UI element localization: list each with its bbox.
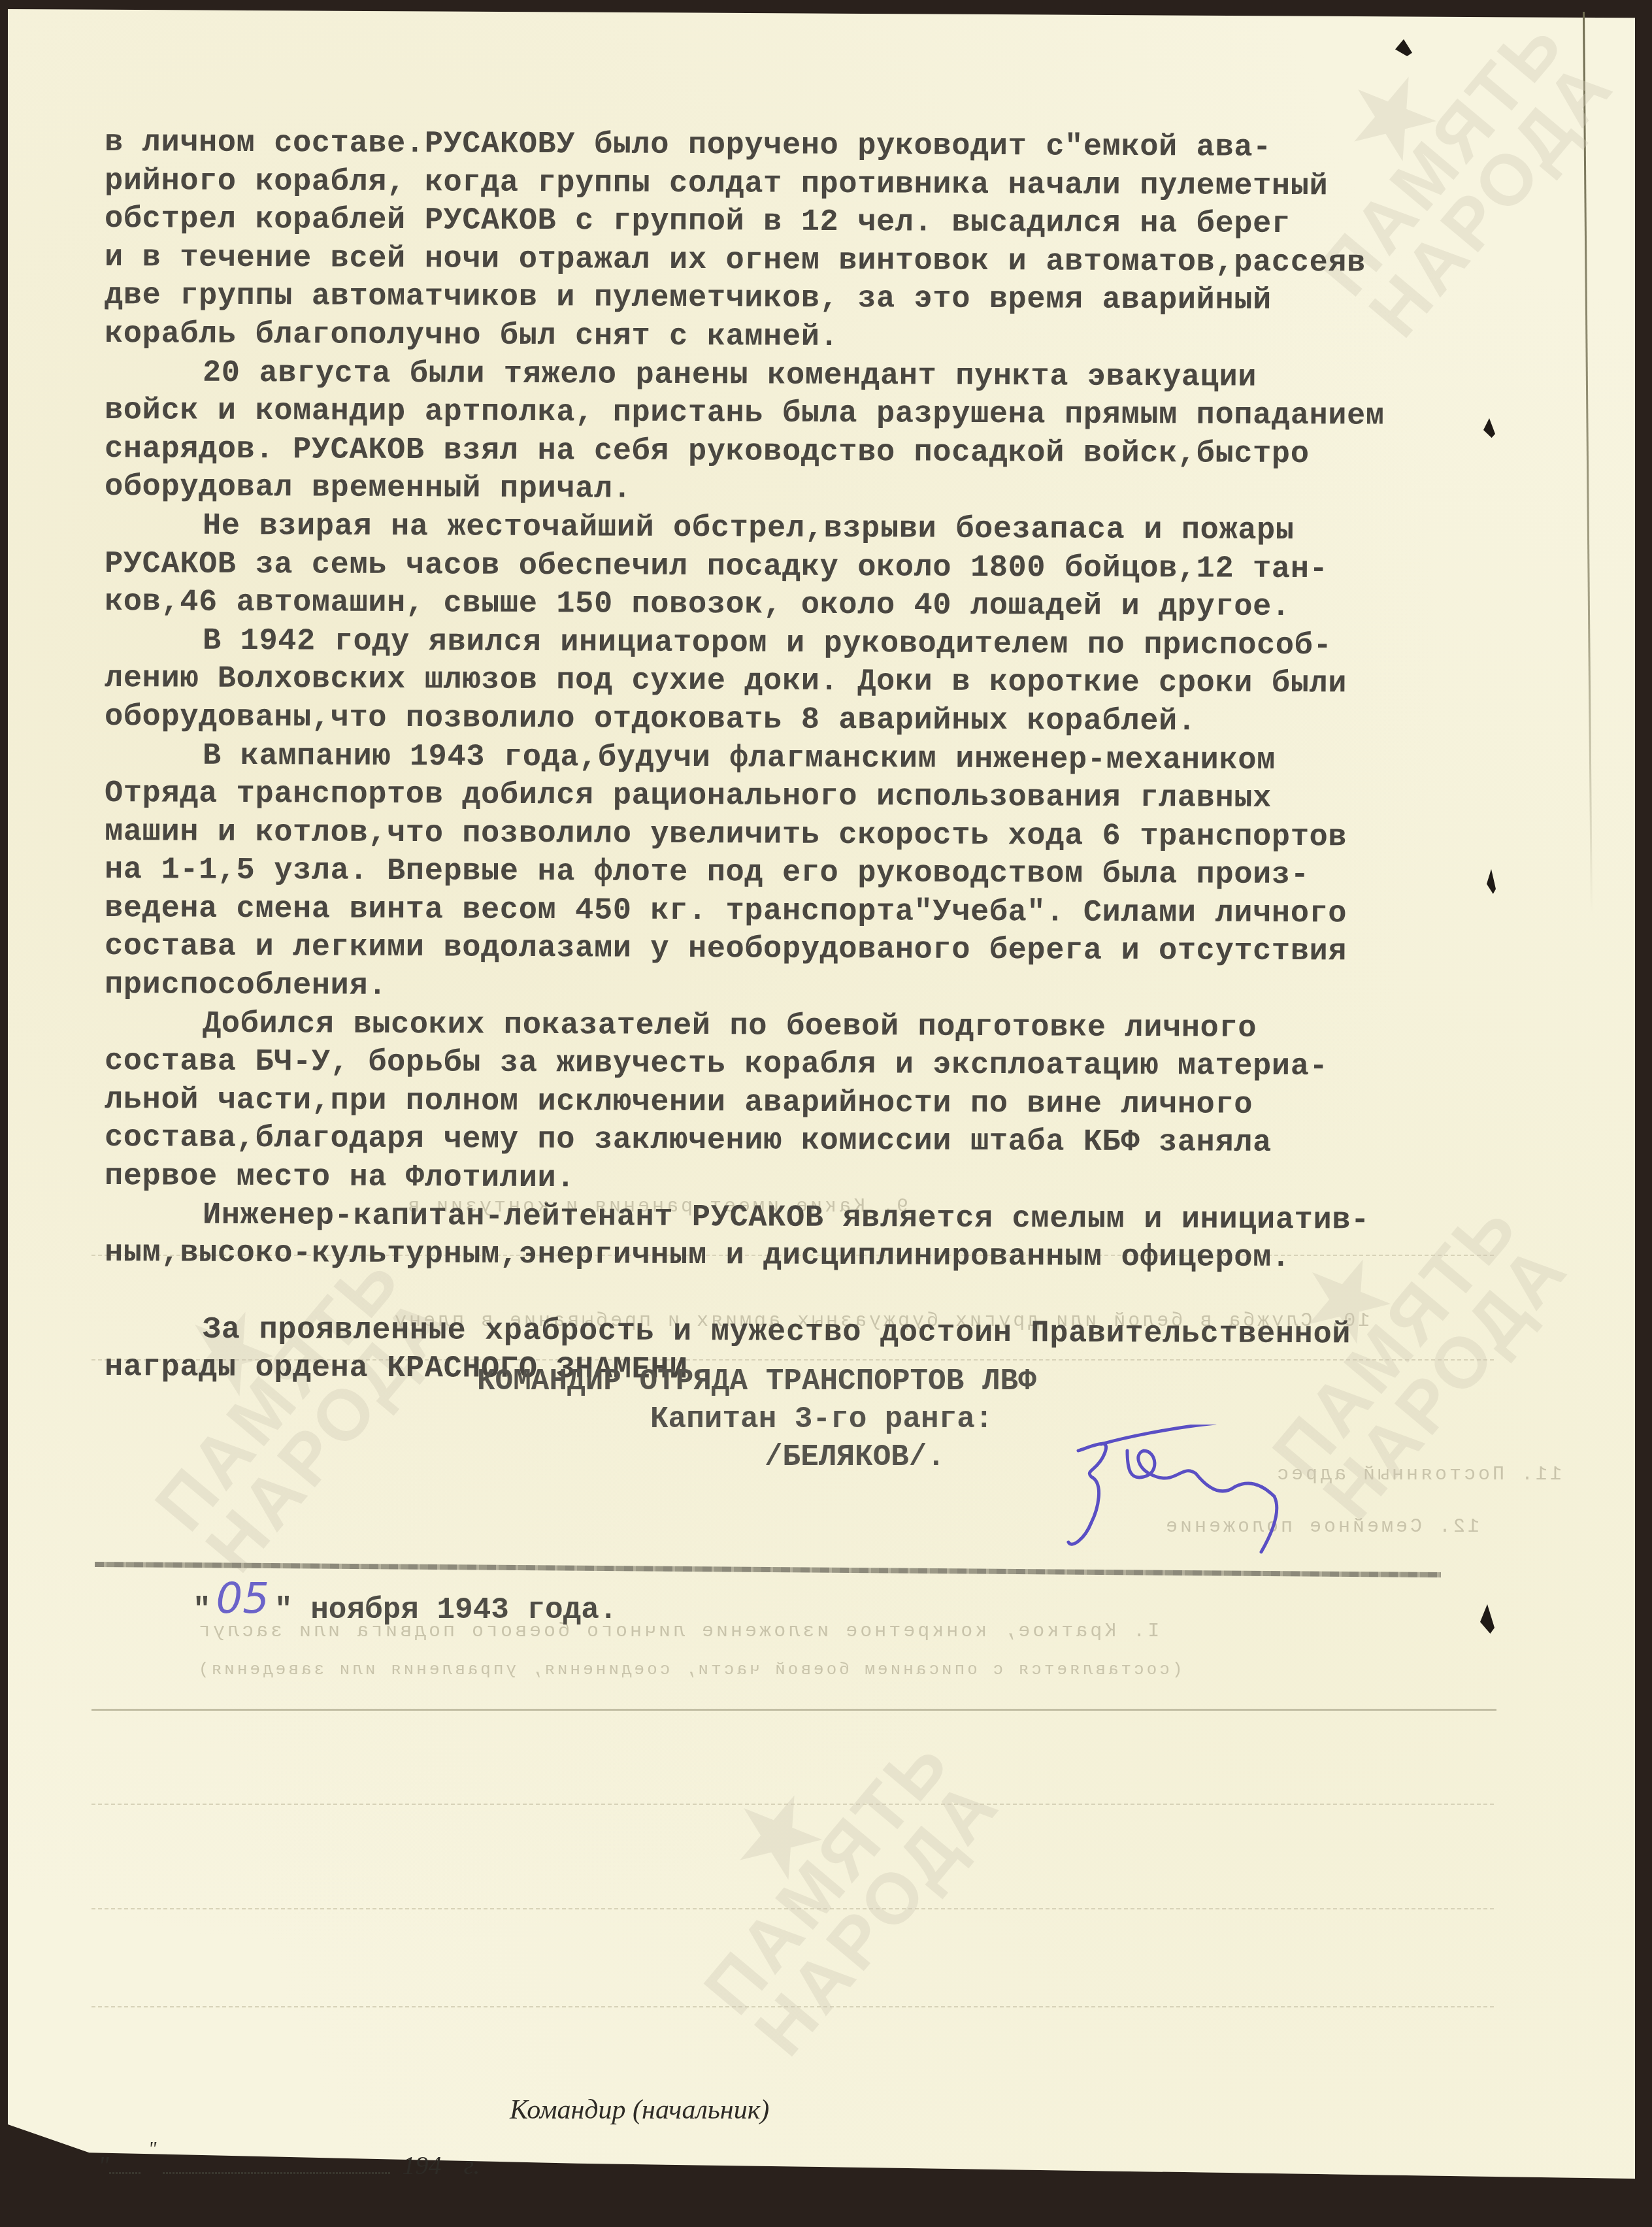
- paragraph: Добился высоких показателей по боевой по…: [105, 1008, 1568, 1200]
- handwritten-day: 05: [216, 1575, 269, 1623]
- ghost-form-text: (составляется с описанием боевой части, …: [196, 1660, 1182, 1679]
- form-date-field: " " 194 г.: [98, 2150, 480, 2181]
- paragraph: В 1942 году явился инициатором и руковод…: [105, 625, 1568, 740]
- commander-rank: Капитан 3-го ранга:: [477, 1400, 1036, 1438]
- signature-block: КОМАНДИР ОТРЯДА ТРАНСПОРТОВ ЛВФ Капитан …: [477, 1362, 1036, 1476]
- commander-label: Командир (начальник): [510, 2094, 769, 2126]
- commander-title: КОМАНДИР ОТРЯДА ТРАНСПОРТОВ ЛВФ: [477, 1362, 1036, 1400]
- form-line: [91, 1709, 1496, 1711]
- typewritten-body: в личном составе.РУСАКОВУ было поручено …: [105, 127, 1568, 1391]
- document-date: "05" ноября 1943 года.: [193, 1580, 618, 1628]
- paragraph: Инженер-капитан-лейтенант РУСАКОВ являет…: [105, 1200, 1568, 1276]
- paragraph: Не взирая на жесточайший обстрел,взрыви …: [105, 510, 1568, 625]
- paragraph: в личном составе.РУСАКОВУ было поручено …: [105, 127, 1568, 357]
- paragraph-gap: [105, 1276, 1568, 1314]
- paragraph: 20 августа были тяжело ранены комендант …: [105, 357, 1568, 510]
- handwritten-signature-icon: [1065, 1425, 1340, 1555]
- scan-edge-shadow: [1635, 784, 1652, 2227]
- commander-name: /БЕЛЯКОВ/.: [477, 1438, 1036, 1476]
- paragraph: В кампанию 1943 года,будучи флагманским …: [105, 740, 1568, 1008]
